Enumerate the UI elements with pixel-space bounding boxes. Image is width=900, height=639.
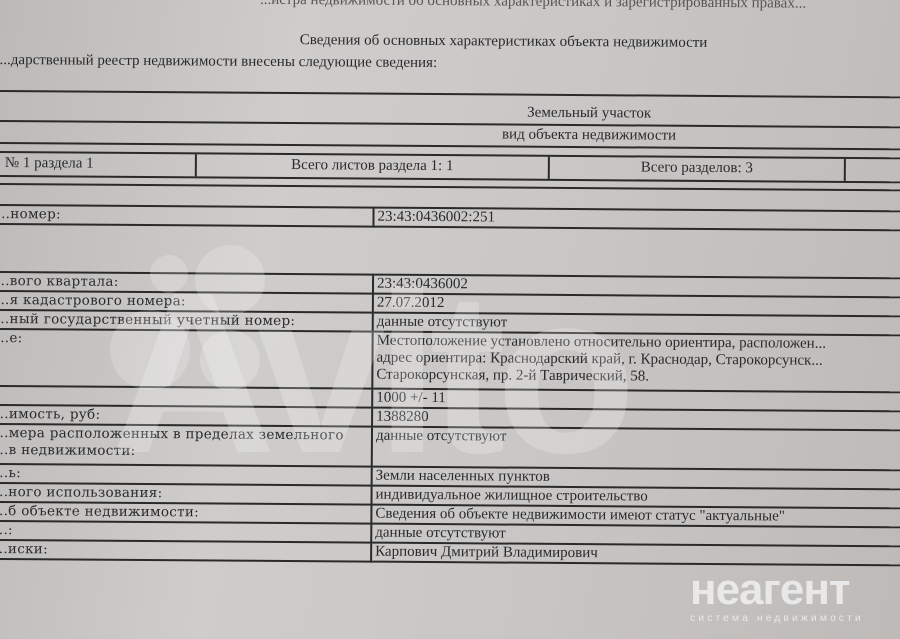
divider <box>0 90 900 98</box>
cadastral-number-value: 23:43:0436002:251 <box>373 208 900 231</box>
cadastral-number-table: ...номер: 23:43:0436002:251 <box>0 204 900 231</box>
table-row: ...е: Местоположение установлено относит… <box>0 329 900 392</box>
table-row: ...номер: 23:43:0436002:251 <box>0 205 900 230</box>
object-type-caption: вид объекта недвижимости <box>379 126 799 146</box>
section-meta-row: № 1 раздела 1 Всего листов раздела 1: 1 … <box>0 151 900 183</box>
characteristics-table: ...вого квартала: 23:43:0436002 ...я кад… <box>0 271 900 566</box>
intro-text: ...дарственный реестр недвижимости внесе… <box>0 52 437 72</box>
sheet-number: № 1 раздела 1 <box>0 153 197 176</box>
registrar-name-value: Карпович Дмитрий Владимирович <box>371 543 900 566</box>
object-type: Земельный участок <box>379 104 799 124</box>
cadastral-number-label: ...номер: <box>0 206 61 222</box>
document-page: ...истра недвижимости об основных характ… <box>0 0 900 639</box>
document-heading: Сведения об основных характеристиках объ… <box>300 32 708 52</box>
table-row: ...мера расположенных в пределах земельн… <box>0 424 900 470</box>
cut-off-header-text: ...истра недвижимости об основных характ… <box>260 0 806 13</box>
total-sections: Всего разделов: 3 <box>550 157 846 181</box>
total-sheets: Всего листов раздела 1: 1 <box>197 154 550 178</box>
address-value: Местоположение установлено относительно … <box>372 332 900 393</box>
divider <box>0 183 900 191</box>
